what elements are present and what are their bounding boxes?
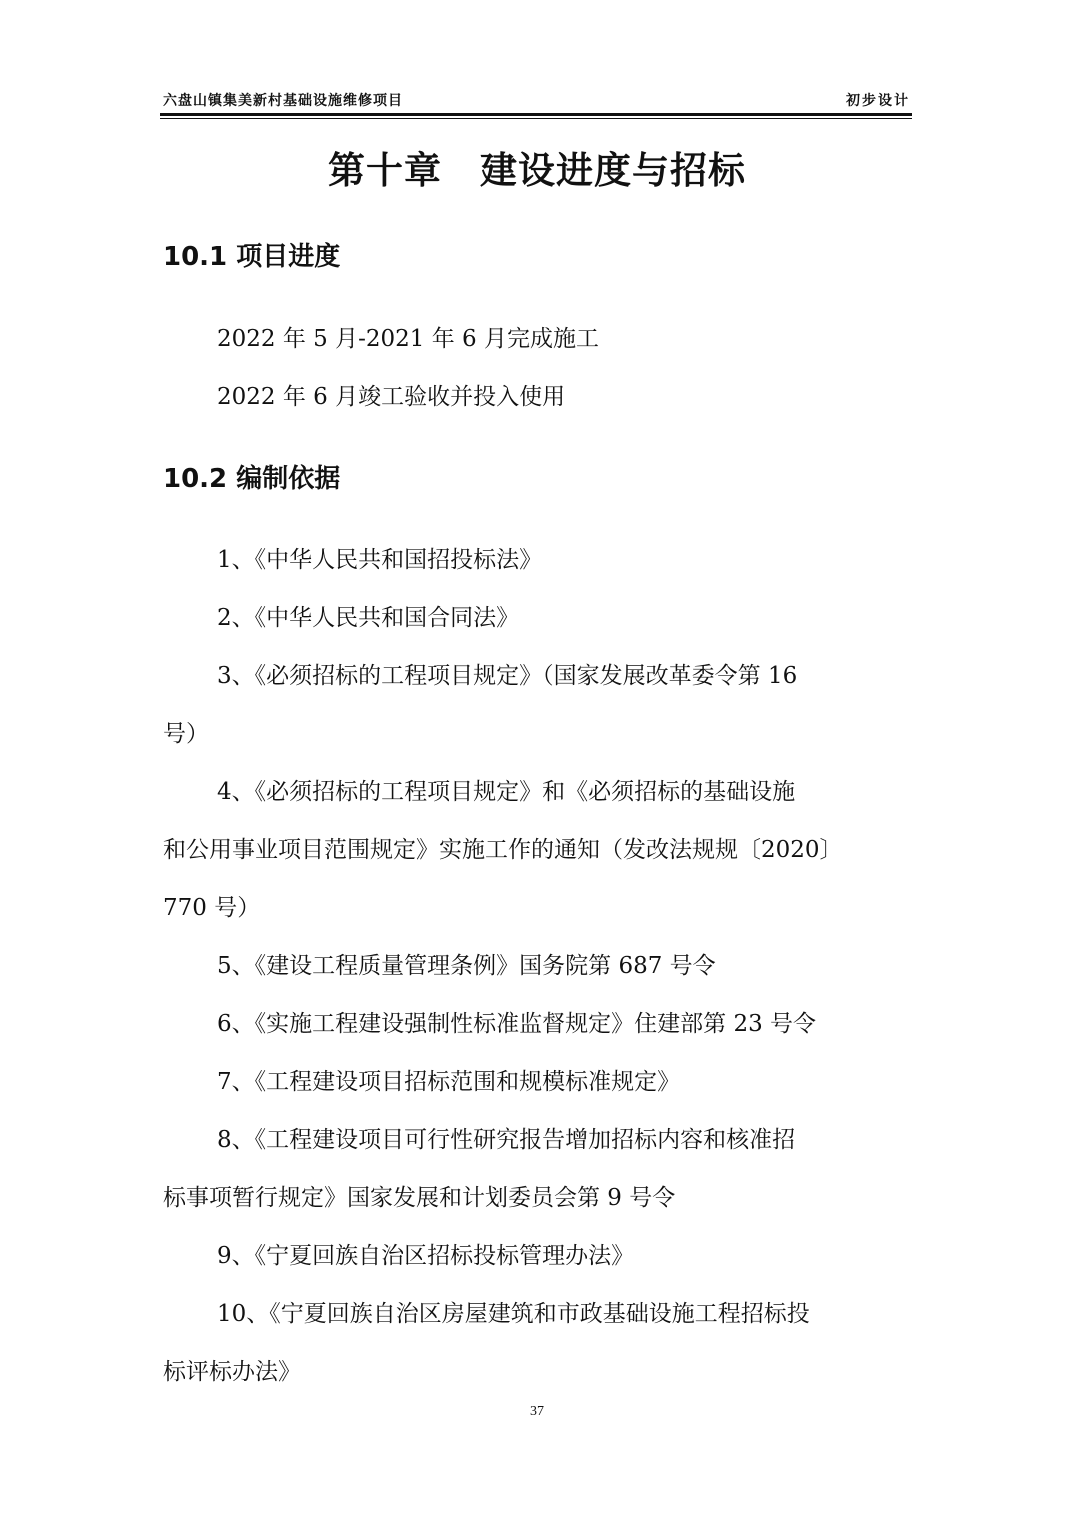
basis-item: 4、《必须招标的工程项目规定》和《必须招标的基础设施 bbox=[217, 773, 795, 806]
progress-line: 2022 年 5 月-2021 年 6 月完成施工 bbox=[217, 320, 599, 353]
basis-item-cont: 号） bbox=[163, 715, 209, 748]
progress-line: 2022 年 6 月竣工验收并投入使用 bbox=[217, 378, 565, 411]
basis-item: 6、《实施工程建设强制性标准监督规定》住建部第 23 号令 bbox=[217, 1005, 816, 1038]
header-stage: 初步设计 bbox=[846, 90, 910, 110]
header-project-title: 六盘山镇集美新村基础设施维修项目 bbox=[163, 90, 403, 110]
basis-item: 3、《必须招标的工程项目规定》（国家发展改革委令第 16 bbox=[217, 657, 797, 690]
header-rule-thin bbox=[160, 118, 912, 119]
document-page: 六盘山镇集美新村基础设施维修项目 初步设计 第十章 建设进度与招标 10.1 项… bbox=[0, 0, 1074, 1520]
basis-item: 2、《中华人民共和国合同法》 bbox=[217, 599, 519, 632]
basis-item: 7、《工程建设项目招标范围和规模标准规定》 bbox=[217, 1063, 680, 1096]
section-heading-basis: 10.2 编制依据 bbox=[163, 458, 340, 495]
basis-item: 5、《建设工程质量管理条例》国务院第 687 号令 bbox=[217, 947, 716, 980]
chapter-title: 第十章 建设进度与招标 bbox=[0, 140, 1074, 194]
basis-item-cont: 770 号） bbox=[163, 889, 260, 922]
basis-item: 10、《宁夏回族自治区房屋建筑和市政基础设施工程招标投 bbox=[217, 1295, 810, 1328]
basis-item-cont: 标事项暂行规定》国家发展和计划委员会第 9 号令 bbox=[163, 1179, 675, 1212]
basis-item: 8、《工程建设项目可行性研究报告增加招标内容和核准招 bbox=[217, 1121, 795, 1154]
basis-item: 1、《中华人民共和国招投标法》 bbox=[217, 541, 542, 574]
basis-item-cont: 标评标办法》 bbox=[163, 1353, 301, 1386]
basis-item: 9、《宁夏回族自治区招标投标管理办法》 bbox=[217, 1237, 634, 1270]
page-number: 37 bbox=[0, 1404, 1074, 1420]
basis-item-cont: 和公用事业项目范围规定》实施工作的通知（发改法规规〔2020〕 bbox=[163, 831, 843, 864]
section-heading-progress: 10.1 项目进度 bbox=[163, 236, 340, 273]
header-rule-thick bbox=[160, 113, 912, 116]
